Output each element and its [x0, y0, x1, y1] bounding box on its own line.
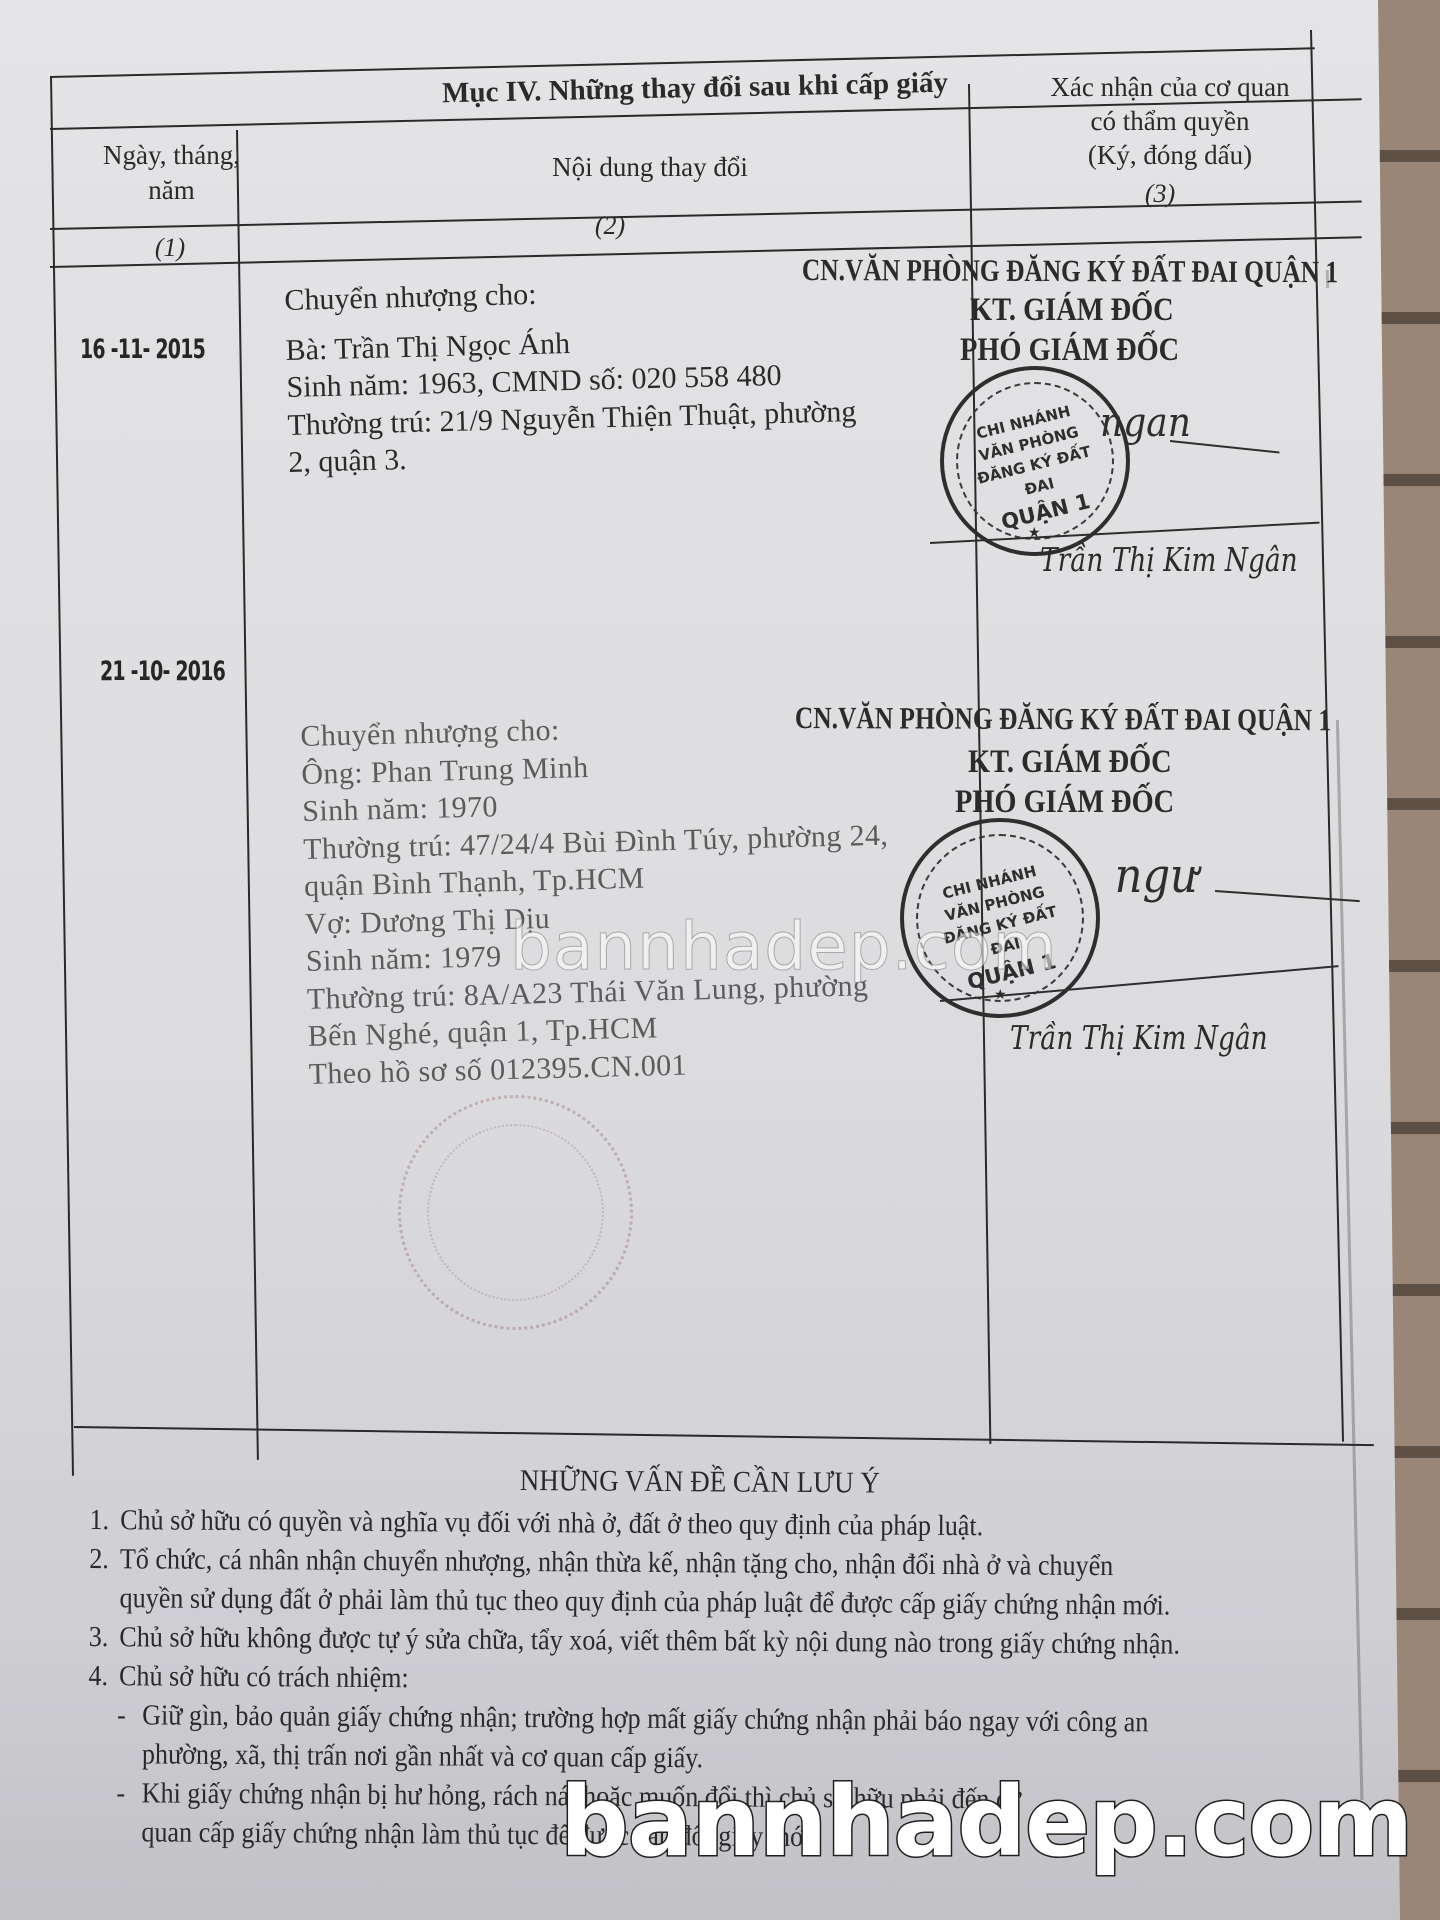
note-number: 4. — [88, 1657, 119, 1696]
signature-scrawl: ngư — [1115, 848, 1198, 904]
notes-title: NHỮNG VẤN ĐỀ CẦN LƯU Ý — [97, 1458, 1303, 1505]
col1-number: (1) — [110, 230, 230, 265]
entry-date: 16 -11- 2015 — [80, 334, 205, 365]
col1-divider — [236, 130, 259, 1460]
bullet-spacer — [117, 1735, 142, 1774]
faint-watermark: bannhadep.com — [510, 908, 1058, 985]
role-line-1: KT. GIÁM ĐỐC — [970, 292, 1174, 329]
signer-name: Trần Thị Kim Ngân — [1040, 540, 1298, 579]
table-border-left — [50, 76, 74, 1476]
entry-date: 21 -10- 2016 — [100, 656, 225, 687]
bullet-spacer — [116, 1813, 141, 1852]
col1-header-line: Ngày, tháng, — [54, 138, 289, 173]
role-line-1: KT. GIÁM ĐỐC — [968, 744, 1172, 781]
certifying-organization: CN.VĂN PHÒNG ĐĂNG KÝ ĐẤT ĐAI QUẬN 1 — [795, 700, 1331, 738]
col1-header-line: năm — [54, 173, 289, 208]
signature-scrawl: ngan — [1100, 400, 1191, 446]
official-stamp: CHI NHÁNH VĂN PHÒNG ĐĂNG KÝ ĐẤT ĐAI QUẬN… — [940, 366, 1130, 556]
role-line-2: PHÓ GIÁM ĐỐC — [955, 784, 1174, 821]
entry-content: Chuyển nhượng cho: Bà: Trần Thị Ngọc Ánh… — [284, 268, 858, 481]
note-number: 2. — [89, 1540, 120, 1579]
note-number: 1. — [89, 1501, 120, 1540]
col2-number: (2) — [560, 208, 660, 243]
col3-number: (3) — [1110, 176, 1210, 211]
bullet-dash: - — [117, 1696, 142, 1735]
note-number: 3. — [89, 1618, 120, 1657]
note-number-spacer — [89, 1579, 120, 1618]
entry-content: Chuyển nhượng cho: Ông: Phan Trung Minh … — [300, 704, 894, 1093]
star-icon: ★ — [1028, 525, 1041, 542]
stamp-text: CHI NHÁNH VĂN PHÒNG ĐĂNG KÝ ĐẤT ĐAI QUẬN… — [960, 397, 1111, 542]
col3-header: Xác nhận của cơ quan có thẩm quyền (Ký, … — [985, 70, 1355, 172]
role-line-2: PHÓ GIÁM ĐỐC — [960, 332, 1179, 369]
certifying-organization: CN.VĂN PHÒNG ĐĂNG KÝ ĐẤT ĐAI QUẬN 1 — [802, 252, 1338, 290]
col3-header-line: Xác nhận của cơ quan — [985, 70, 1355, 104]
signer-name: Trần Thị Kim Ngân — [1010, 1018, 1268, 1057]
col3-header-line: có thẩm quyền — [985, 104, 1355, 138]
col1-header: Ngày, tháng, năm — [54, 138, 289, 208]
col2-header: Nội dung thay đổi — [300, 150, 1000, 185]
bullet-dash: - — [116, 1774, 141, 1813]
bleed-through-stamp — [398, 1095, 633, 1330]
col3-header-line: (Ký, đóng dấu) — [985, 138, 1355, 172]
watermark-logo: bannhadep.com — [560, 1772, 1412, 1872]
